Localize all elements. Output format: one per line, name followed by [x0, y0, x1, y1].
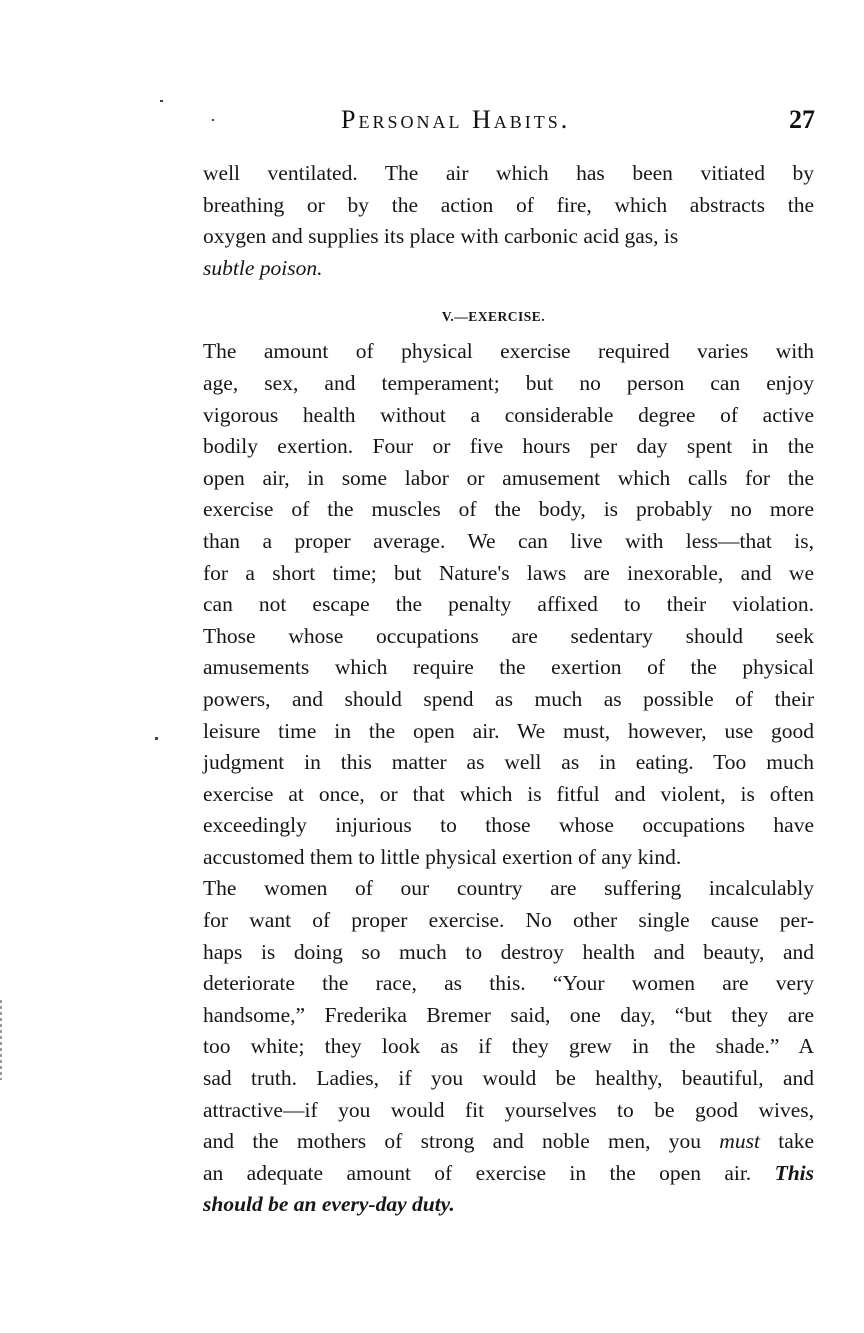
text-line: handsome,” Frederika Bremer said, one da…	[203, 1000, 814, 1032]
text-line-italic: subtle poison.	[203, 253, 814, 285]
text-line: sad truth. Ladies, if you would be healt…	[203, 1063, 814, 1095]
paragraph-exercise-2: The women of our country are suffering i…	[203, 873, 814, 1221]
emphasis-this: This	[775, 1161, 814, 1185]
text-line: for a short time; but Nature's laws are …	[203, 558, 814, 590]
text-run: take	[778, 1129, 814, 1153]
text-run: and the mothers of strong and noble men,…	[203, 1129, 701, 1153]
text-line: exercise at once, or that which is fitfu…	[203, 779, 814, 811]
scan-edge-artifact	[0, 1000, 2, 1080]
text-line-with-emphasis: and the mothers of strong and noble men,…	[203, 1126, 814, 1158]
text-line: attractive—if you would fit yourselves t…	[203, 1095, 814, 1127]
text-line: breathing or by the action of fire, whic…	[203, 190, 814, 222]
page-number: 27	[789, 105, 815, 135]
text-line: vigorous health without a considerable d…	[203, 400, 814, 432]
text-line: well ventilated. The air which has been …	[203, 158, 814, 190]
text-line: open air, in some labor or amusement whi…	[203, 463, 814, 495]
page-header: Personal Habits. 27	[205, 105, 815, 141]
text-line: The amount of physical exercise required…	[203, 336, 814, 368]
text-line: exceedingly injurious to those whose occ…	[203, 810, 814, 842]
text-line: Those whose occupations are sedentary sh…	[203, 621, 814, 653]
text-line: than a proper average. We can live with …	[203, 526, 814, 558]
text-line: powers, and should spend as much as poss…	[203, 684, 814, 716]
text-line: haps is doing so much to destroy health …	[203, 937, 814, 969]
text-line: oxygen and supplies its place with carbo…	[203, 221, 814, 253]
scan-speck	[155, 737, 158, 740]
emphasis-must: must	[719, 1129, 760, 1153]
paragraph-exercise-1: The amount of physical exercise required…	[203, 336, 814, 873]
text-line-italic: should be an every-day duty.	[203, 1189, 814, 1221]
text-line: deteriorate the race, as this. “Your wom…	[203, 968, 814, 1000]
running-head: Personal Habits.	[341, 105, 570, 135]
body-text: well ventilated. The air which has been …	[203, 158, 814, 1221]
section-heading: V.—EXERCISE.	[203, 302, 814, 332]
text-line: can not escape the penalty affixed to th…	[203, 589, 814, 621]
text-line: leisure time in the open air. We must, h…	[203, 716, 814, 748]
text-run: an adequate amount of exercise in the op…	[203, 1161, 751, 1185]
text-line: exercise of the muscles of the body, is …	[203, 494, 814, 526]
book-page: Personal Habits. 27 well ventilated. The…	[0, 0, 864, 1333]
text-line-with-emphasis: an adequate amount of exercise in the op…	[203, 1158, 814, 1190]
text-line: judgment in this matter as well as in ea…	[203, 747, 814, 779]
scan-speck	[160, 100, 163, 102]
text-line: The women of our country are suffering i…	[203, 873, 814, 905]
text-line: accustomed them to little physical exert…	[203, 842, 814, 874]
text-line: age, sex, and temperament; but no person…	[203, 368, 814, 400]
text-line: too white; they look as if they grew in …	[203, 1031, 814, 1063]
text-line: for want of proper exercise. No other si…	[203, 905, 814, 937]
text-line: amusements which require the exertion of…	[203, 652, 814, 684]
paragraph-continued: well ventilated. The air which has been …	[203, 158, 814, 284]
text-line: bodily exertion. Four or five hours per …	[203, 431, 814, 463]
